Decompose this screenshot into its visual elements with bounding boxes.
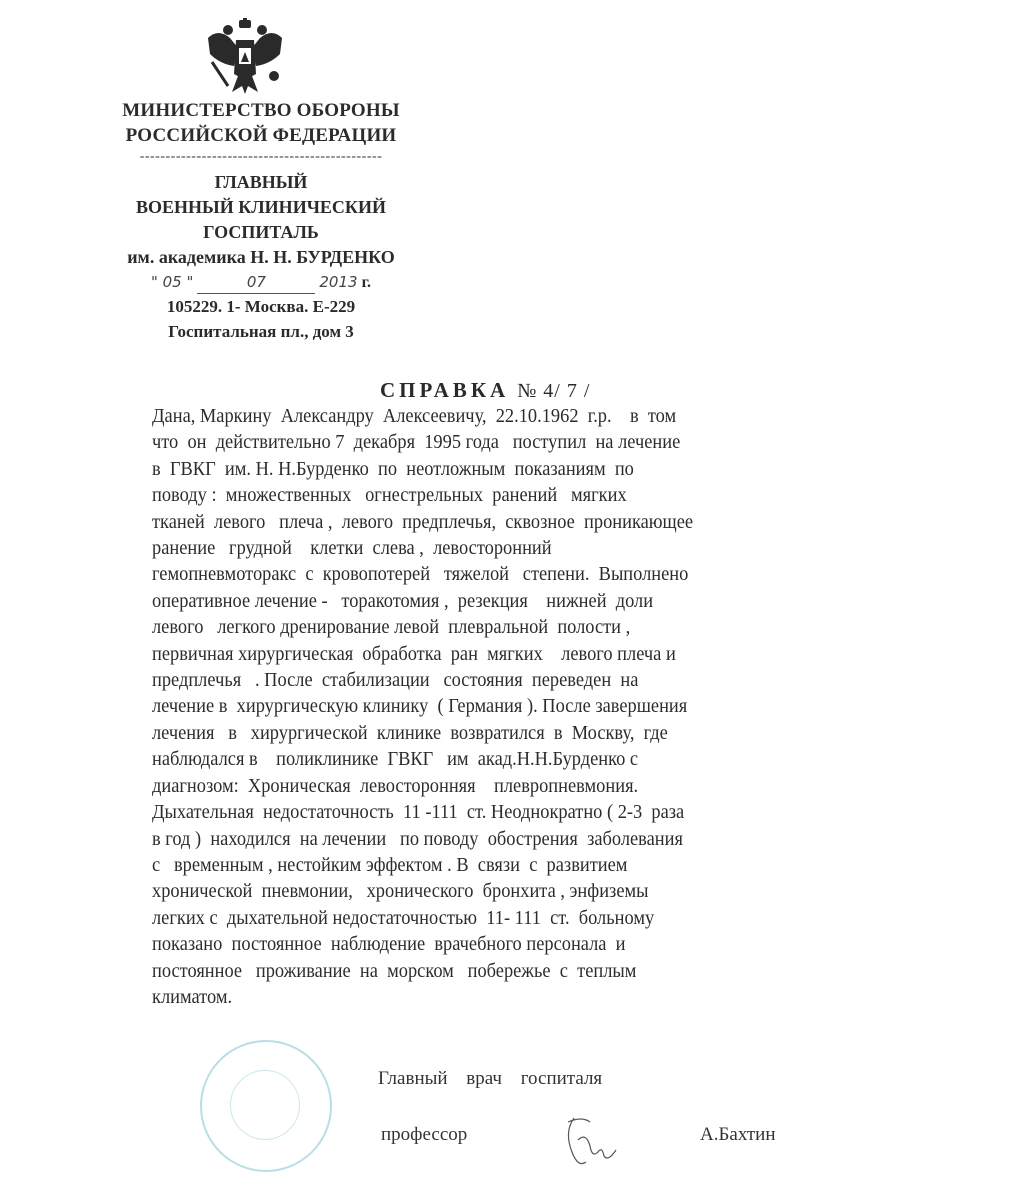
address-line1: 105229. 1- Москва. Е-229 <box>108 294 414 319</box>
hospital-name-line2: ВОЕННЫЙ КЛИНИЧЕСКИЙ <box>108 195 414 220</box>
letterhead: МИНИСТЕРСТВО ОБОРОНЫ РОССИЙСКОЙ ФЕДЕРАЦИ… <box>108 98 414 344</box>
body-line: показано постоянное наблюдение врачебног… <box>152 931 787 957</box>
hospital-name-line3: ГОСПИТАЛЬ <box>108 220 414 245</box>
date-month: 07 <box>197 271 315 294</box>
ministry-name-line2: РОССИЙСКОЙ ФЕДЕРАЦИИ <box>108 123 414 148</box>
body-line: наблюдался в поликлинике ГВКГ им акад.Н.… <box>152 746 787 772</box>
body-line: диагнозом: Хроническая левосторонняя пле… <box>152 773 787 799</box>
signer-name: А.Бахтин <box>700 1124 775 1146</box>
body-line: тканей левого плеча , левого предплечья,… <box>152 509 787 535</box>
body-line: с временным , нестойким эффектом . В свя… <box>152 852 787 878</box>
document-date: " 05 " 07 2013 г. <box>108 271 414 294</box>
double-headed-eagle-icon <box>198 18 292 94</box>
body-line: постоянное проживание на морском побереж… <box>152 958 787 984</box>
title-text: СПРАВКА <box>380 378 509 402</box>
body-line: климатом. <box>152 984 787 1010</box>
body-line: хронической пневмонии, хронического брон… <box>152 878 787 904</box>
body-line: Дана, Маркину Александру Алексеевичу, 22… <box>152 403 787 429</box>
body-line: лечение в хирургическую клинику ( Герман… <box>152 693 787 719</box>
body-line: легких с дыхательной недостаточностью 11… <box>152 905 787 931</box>
ministry-name: МИНИСТЕРСТВО ОБОРОНЫ <box>108 98 414 123</box>
round-stamp-icon <box>200 1040 332 1172</box>
body-line: что он действительно 7 декабря 1995 года… <box>152 429 787 455</box>
signer-position: Главный врач госпиталя <box>378 1068 602 1090</box>
date-year: 2013 <box>319 271 357 293</box>
date-suffix: г. <box>362 272 371 294</box>
handwritten-signature-icon <box>560 1112 630 1172</box>
body-line: оперативное лечение - торакотомия , резе… <box>152 588 787 614</box>
body-line: первичная хирургическая обработка ран мя… <box>152 641 787 667</box>
hospital-name-line1: ГЛАВНЫЙ <box>108 170 414 195</box>
body-line: Дыхательная недостаточность 11 -111 ст. … <box>152 799 787 825</box>
hospital-name-line4: им. академика Н. Н. БУРДЕНКО <box>108 245 414 270</box>
document-title: СПРАВКА№ 4/ 7 / <box>380 378 590 403</box>
body-line: левого легкого дренирование левой плевра… <box>152 614 787 640</box>
address-line2: Госпитальная пл., дом 3 <box>108 319 414 344</box>
document-body: Дана, Маркину Александру Алексеевичу, 22… <box>152 403 842 1010</box>
separator-line: ----------------------------------------… <box>108 150 414 164</box>
body-line: лечения в хирургической клинике возврати… <box>152 720 787 746</box>
body-line: ранение грудной клетки слева , левосторо… <box>152 535 787 561</box>
body-line: в год ) находился на лечении по поводу о… <box>152 826 787 852</box>
body-line: гемопневмоторакс с кровопотерей тяжелой … <box>152 561 787 587</box>
body-line: поводу : множественных огнестрельных ран… <box>152 482 787 508</box>
body-line: в ГВКГ им. Н. Н.Бурденко по неотложным п… <box>152 456 787 482</box>
body-line: предплечья . После стабилизации состояни… <box>152 667 787 693</box>
signer-rank: профессор <box>381 1124 467 1146</box>
document-number: № 4/ 7 / <box>517 380 590 402</box>
date-day: " 05 " <box>151 271 193 293</box>
